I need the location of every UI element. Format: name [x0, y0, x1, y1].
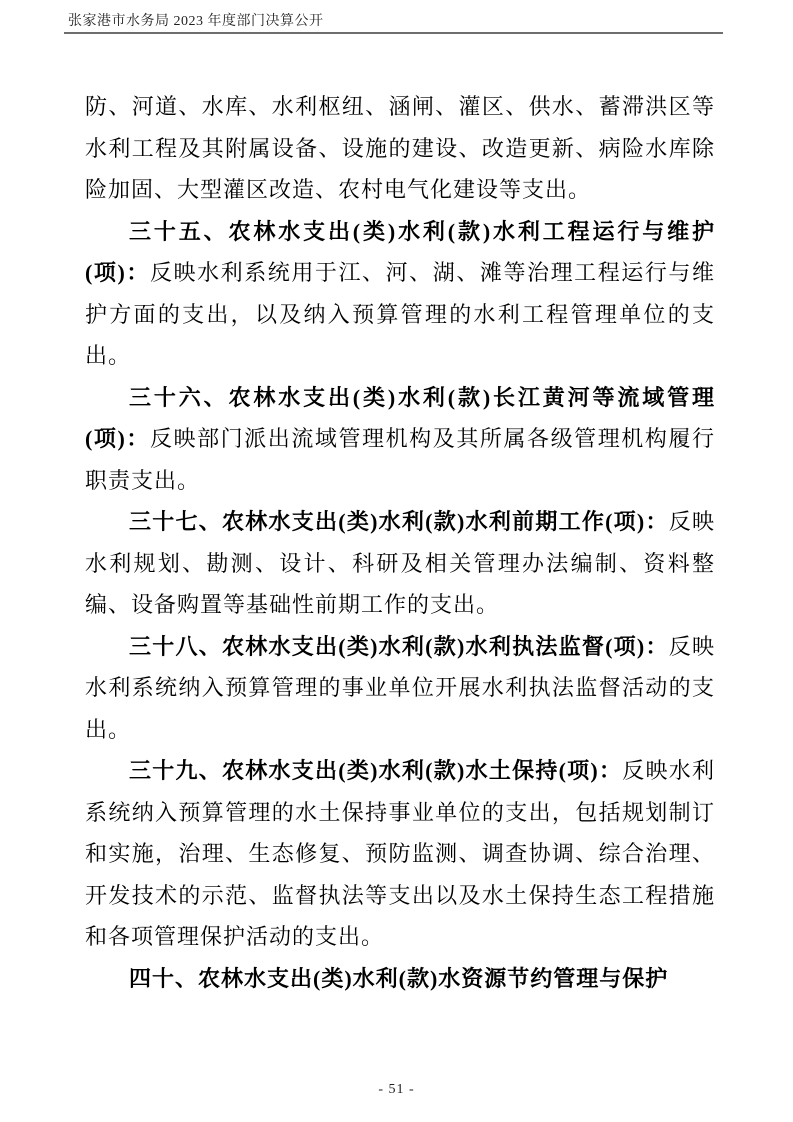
document-page: 张家港市水务局 2023 年度部门决算公开 防、河道、水库、水利枢纽、涵闸、灌区… [0, 0, 793, 1122]
section-heading: 三十九、农林水支出(类)水利(款)水土保持(项)： [129, 758, 622, 783]
paragraph-text: 反映水利系统用于江、河、湖、滩等治理工程运行与维护方面的支出，以及纳入预算管理的… [85, 260, 715, 368]
section-heading: 四十、农林水支出(类)水利(款)水资源节约管理与保护 [129, 966, 668, 991]
paragraph-section-40: 四十、农林水支出(类)水利(款)水资源节约管理与保护 [85, 958, 715, 1000]
paragraph-continuation: 防、河道、水库、水利枢纽、涵闸、灌区、供水、蓄滞洪区等水利工程及其附属设备、设施… [85, 86, 715, 211]
header-title: 张家港市水务局 2023 年度部门决算公开 [68, 10, 324, 30]
paragraph-section-37: 三十七、农林水支出(类)水利(款)水利前期工作(项)：反映水利规划、勘测、设计、… [85, 501, 715, 626]
paragraph-section-38: 三十八、农林水支出(类)水利(款)水利执法监督(项)：反映水利系统纳入预算管理的… [85, 626, 715, 751]
paragraph-text: 反映水利系统纳入预算管理的水土保持事业单位的支出，包括规划制订和实施，治理、生态… [85, 758, 715, 949]
header-rule [64, 32, 723, 34]
page-footer: - 51 - [0, 1082, 793, 1098]
paragraph-text: 防、河道、水库、水利枢纽、涵闸、灌区、供水、蓄滞洪区等水利工程及其附属设备、设施… [85, 94, 715, 202]
paragraph-text: 反映部门派出流域管理机构及其所属各级管理机构履行职责支出。 [85, 426, 715, 493]
page-number: - 51 - [378, 1082, 414, 1097]
paragraph-section-35: 三十五、农林水支出(类)水利(款)水利工程运行与维护(项)：反映水利系统用于江、… [85, 211, 715, 377]
paragraph-section-39: 三十九、农林水支出(类)水利(款)水土保持(项)：反映水利系统纳入预算管理的水土… [85, 750, 715, 958]
section-heading: 三十七、农林水支出(类)水利(款)水利前期工作(项)： [129, 509, 669, 534]
document-body: 防、河道、水库、水利枢纽、涵闸、灌区、供水、蓄滞洪区等水利工程及其附属设备、设施… [85, 86, 715, 999]
section-heading: 三十八、农林水支出(类)水利(款)水利执法监督(项)： [129, 634, 669, 659]
paragraph-section-36: 三十六、农林水支出(类)水利(款)长江黄河等流域管理(项)：反映部门派出流域管理… [85, 377, 715, 502]
